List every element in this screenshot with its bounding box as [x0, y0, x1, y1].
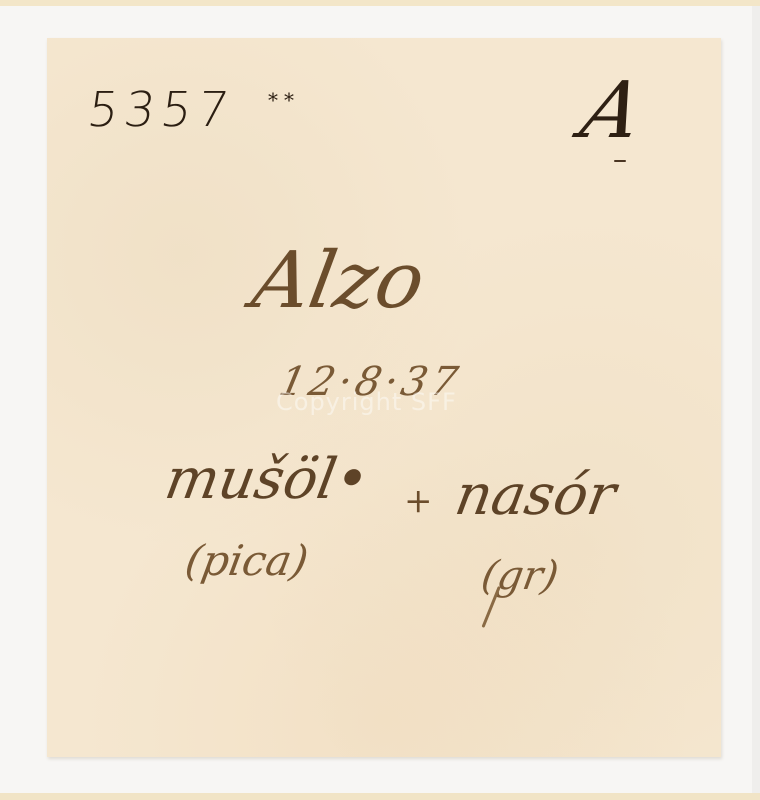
- entry-connector: +: [404, 484, 433, 518]
- entry-term-1: mušöl•: [161, 452, 373, 508]
- entry-gloss-2: (gr): [478, 556, 561, 596]
- catalog-star-marks: **: [268, 90, 300, 110]
- entry-gloss-1: (pica): [182, 540, 311, 582]
- copyright-watermark: Copyright SFF: [276, 388, 457, 416]
- entry-term-2: nasór: [451, 468, 620, 524]
- bottom-mount-strip: [0, 793, 760, 800]
- place-name: Alzo: [247, 242, 430, 320]
- section-letter-underline: [614, 160, 626, 162]
- mounting-card-edge: [752, 6, 760, 793]
- catalog-number: 5357: [85, 86, 238, 134]
